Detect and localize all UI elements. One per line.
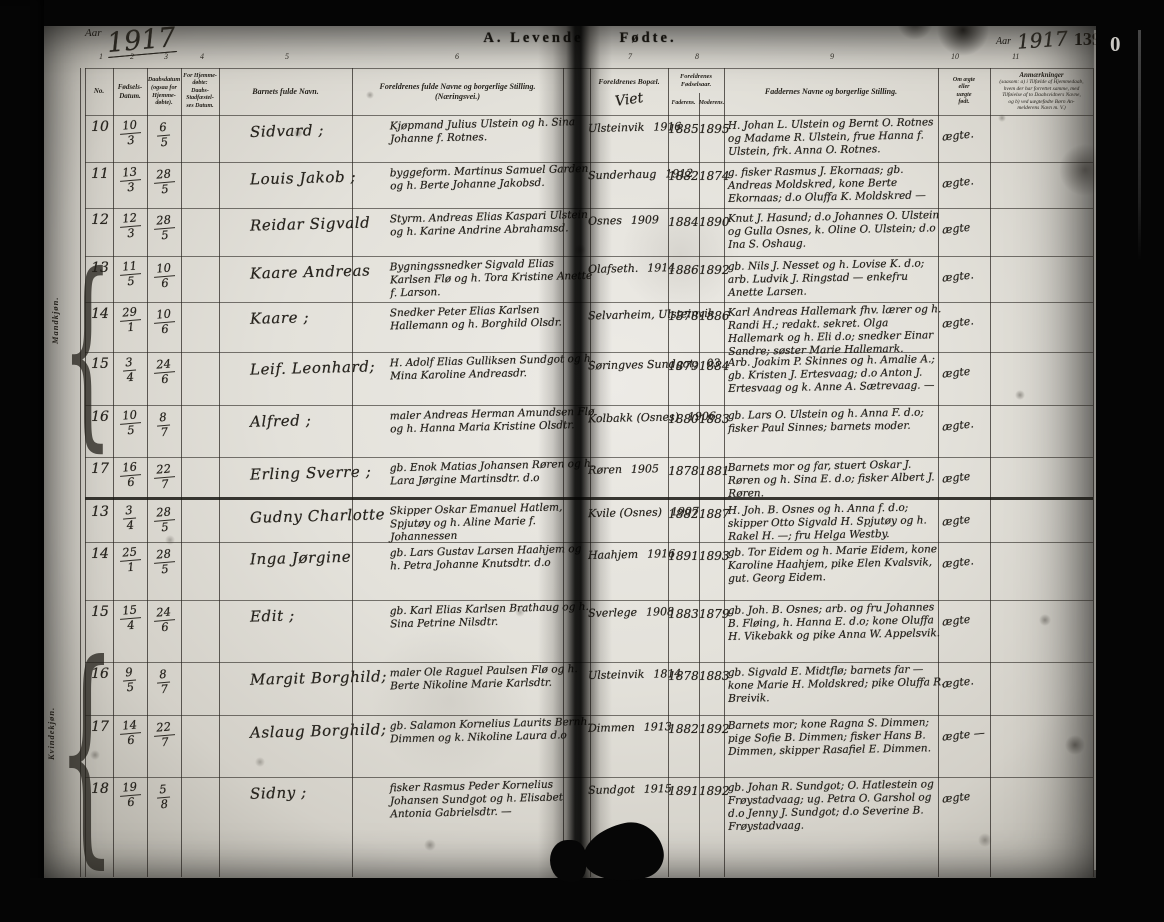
photo-background <box>1096 0 1164 922</box>
page-title-left: A. Levende <box>483 30 583 47</box>
remarks-body: (saasom: a) i Tilfælde af Hjemmedaab, hv… <box>999 79 1083 111</box>
photo-background <box>0 0 1164 26</box>
photo-background <box>0 0 44 922</box>
year-heading-left: Aar 1917 <box>85 27 175 54</box>
col-header-parents: Foreldrenes fulde Navne og borgerlige St… <box>352 68 563 115</box>
group-label-male: Mandkjøn. <box>50 232 60 344</box>
handwritten-year: 1917 <box>1016 28 1068 52</box>
col-header-remarks: Anmærkninger (saasom: a) i Tilfælde af H… <box>990 68 1093 115</box>
col-header-father: Faderens. <box>668 93 699 114</box>
shadow-blob <box>550 840 586 882</box>
year-heading-right: Aar 1917 139 <box>996 30 1101 50</box>
page-title-right: Fødte. <box>620 30 677 47</box>
col-header-baptism-date: Daabsdatum (ogsaa for Hjemme- døbte). <box>147 68 181 115</box>
register-page <box>44 26 1096 878</box>
adjacent-pages-edge <box>1138 30 1141 260</box>
year-label: Aar <box>85 27 102 39</box>
col-header-no: No. <box>85 68 113 115</box>
photo-background <box>0 878 1164 922</box>
col-header-legitimacy: Om ægte eller uægte født. <box>938 68 990 115</box>
group-label-female: Kvindekjøn. <box>46 630 56 760</box>
handwritten-year: 1917 <box>105 24 176 57</box>
page-title: A. Levende Fødte. <box>440 30 720 47</box>
col-header-godparents: Faddernes Navne og borgerlige Stilling. <box>724 68 938 115</box>
group-brace-female: { <box>58 634 115 870</box>
col-header-mother: Moderens. <box>699 93 724 114</box>
col-header-parents-birth-year: Foreldrenes Fødselsaar. <box>668 68 724 93</box>
col-header-home-baptism: For Hjemme- døbte: Daabs- Stadfæstel- se… <box>181 68 219 115</box>
col-header-birth-date: Fødsels- Datum. <box>113 68 147 115</box>
year-label: Aar <box>996 36 1011 47</box>
group-brace-male: { <box>62 248 113 453</box>
scanned-book-photo: Aar 1917 A. Levende Fødte. Aar 1917 139 … <box>0 0 1164 922</box>
col-header-child-name: Barnets fulde Navn. <box>219 68 352 115</box>
adjacent-page-digit: 0 <box>1110 32 1121 57</box>
